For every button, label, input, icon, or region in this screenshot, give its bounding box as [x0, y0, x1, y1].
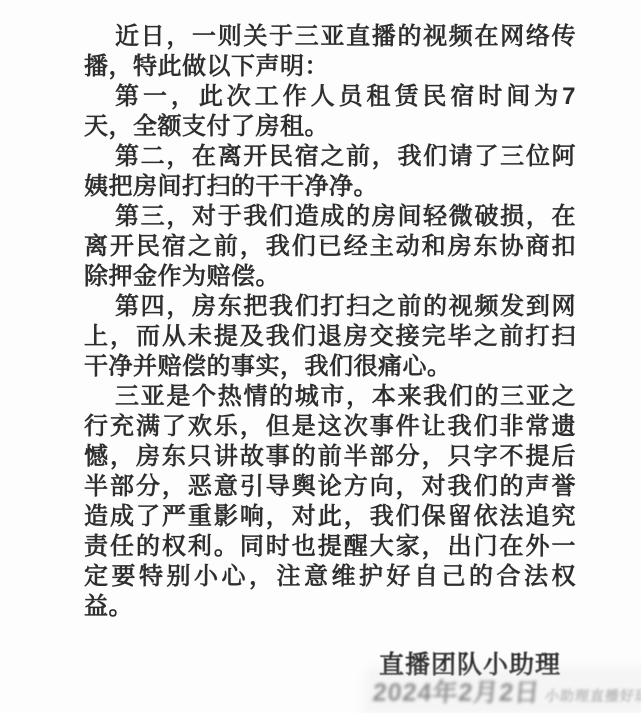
text-line: 播，特此做以下声明： — [84, 52, 576, 82]
text-line: 第三，对于我们造成的房间轻微破损，在 — [84, 202, 576, 232]
statement-body: 近日，一则关于三亚直播的视频在网络传播，特此做以下声明：第一，此次工作人员租赁民… — [84, 22, 576, 622]
text-line: 姨把房间打扫的干干净净。 — [84, 172, 576, 202]
text-line: 离开民宿之前，我们已经主动和房东协商扣 — [84, 232, 576, 262]
date-line: 2024年2月2日小助理直播好玩 — [367, 672, 641, 710]
text-line: 三亚是个热情的城市，本来我们的三亚之 — [84, 382, 576, 412]
statement-photo: 近日，一则关于三亚直播的视频在网络传播，特此做以下声明：第一，此次工作人员租赁民… — [0, 0, 641, 713]
text-line: 第四，房东把我们打扫之前的视频发到网 — [84, 292, 576, 322]
text-line: 定要特别小心，注意维护好自己的合法权 — [84, 562, 576, 592]
text-line: 行充满了欢乐，但是这次事件让我们非常遗 — [84, 412, 576, 442]
blurred-watermark: 小助理直播好玩 — [544, 688, 641, 704]
text-line: 半部分，恶意引导舆论方向，对我们的声誉 — [84, 472, 576, 502]
text-line: 上，而从未提及我们退房交接完毕之前打扫 — [84, 322, 576, 352]
text-line: 益。 — [84, 592, 576, 622]
text-line: 近日，一则关于三亚直播的视频在网络传 — [84, 22, 576, 52]
text-line: 天，全额支付了房租。 — [84, 112, 576, 142]
text-line: 憾，房东只讲故事的前半部分，只字不提后 — [84, 442, 576, 472]
date-text: 2024年2月2日 — [372, 679, 542, 707]
text-line: 第二，在离开民宿之前，我们请了三位阿 — [84, 142, 576, 172]
text-line: 干净并赔偿的事实，我们很痛心。 — [84, 352, 576, 382]
text-line: 第一，此次工作人员租赁民宿时间为7 — [84, 82, 576, 112]
text-line: 除押金作为赔偿。 — [84, 262, 576, 292]
text-line: 造成了严重影响，对此，我们保留依法追究 — [84, 502, 576, 532]
text-line: 责任的权利。同时也提醒大家，出门在外一 — [84, 532, 576, 562]
